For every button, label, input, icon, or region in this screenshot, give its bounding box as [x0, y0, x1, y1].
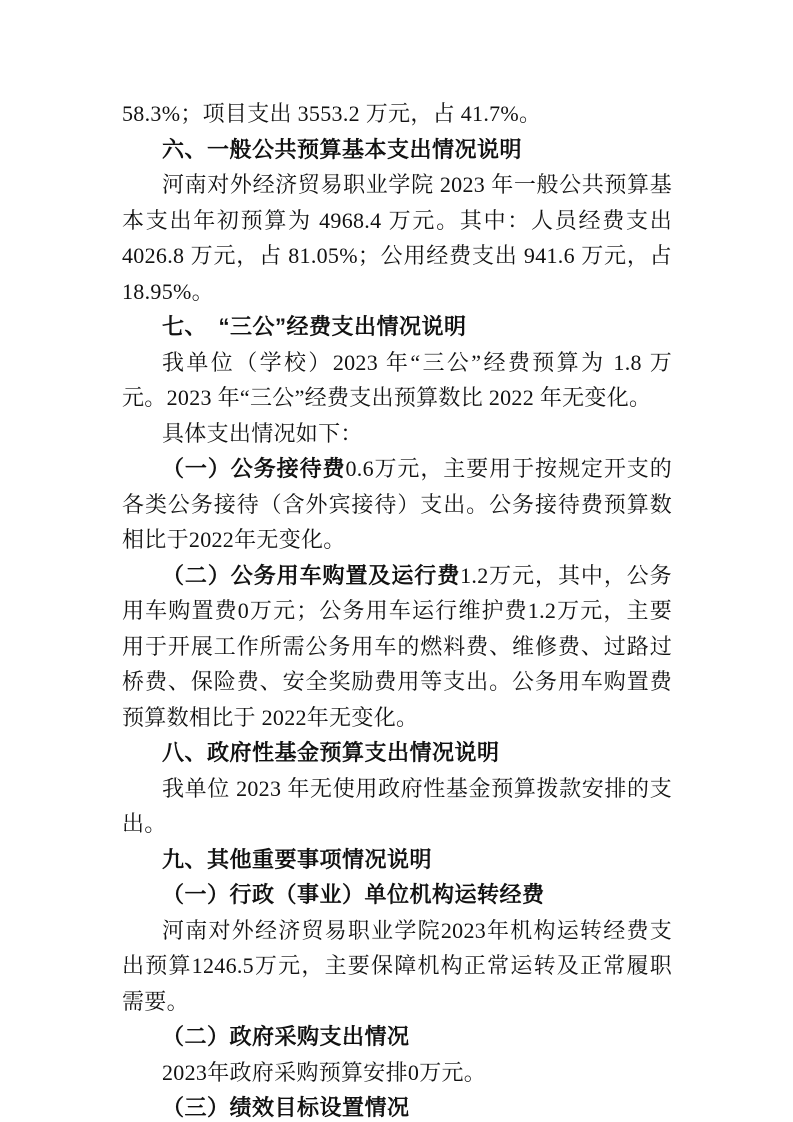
heading-admin-operation-funds: （一）行政（事业）单位机构运转经费 [122, 877, 672, 913]
document-text-column: 58.3%；项目支出 3553.2 万元，占 41.7%。 六、一般公共预算基本… [122, 96, 672, 1122]
heading-section-six-basic-expenditure: 六、一般公共预算基本支出情况说明 [122, 132, 672, 168]
paragraph-operation-funds-budget: 河南对外经济贸易职业学院2023年机构运转经费支出预算1246.5万元，主要保障… [122, 913, 672, 1020]
paragraph-official-vehicle-fee: （二）公务用车购置及运行费1.2万元，其中，公务用车购置费0万元；公务用车运行维… [122, 558, 672, 736]
paragraph-procurement-budget: 2023年政府采购预算安排0万元。 [122, 1055, 672, 1091]
document-page: 58.3%；项目支出 3553.2 万元，占 41.7%。 六、一般公共预算基本… [0, 0, 793, 1122]
official-vehicle-fee-lead: （二）公务用车购置及运行费 [162, 563, 460, 588]
heading-section-seven-three-public-funds: 七、 “三公”经费支出情况说明 [122, 309, 672, 345]
paragraph-three-public-funds-budget: 我单位（学校）2023 年“三公”经费预算为 1.8 万元。2023 年“三公”… [122, 345, 672, 416]
paragraph-basic-expenditure-detail: 河南对外经济贸易职业学院 2023 年一般公共预算基本支出年初预算为 4968.… [122, 167, 672, 309]
heading-section-nine-other-matters: 九、其他重要事项情况说明 [122, 842, 672, 878]
heading-government-procurement: （二）政府采购支出情况 [122, 1019, 672, 1055]
heading-section-eight-government-fund: 八、政府性基金预算支出情况说明 [122, 735, 672, 771]
official-reception-fee-lead: （一）公务接待费 [162, 456, 345, 481]
heading-performance-target: （三）绩效目标设置情况 [122, 1090, 672, 1122]
paragraph-project-expenditure-continuation: 58.3%；项目支出 3553.2 万元，占 41.7%。 [122, 96, 672, 132]
paragraph-official-reception-fee: （一）公务接待费0.6万元，主要用于按规定开支的各类公务接待（含外宾接待）支出。… [122, 451, 672, 558]
paragraph-details-intro: 具体支出情况如下： [122, 416, 672, 452]
paragraph-government-fund-statement: 我单位 2023 年无使用政府性基金预算拨款安排的支出。 [122, 771, 672, 842]
